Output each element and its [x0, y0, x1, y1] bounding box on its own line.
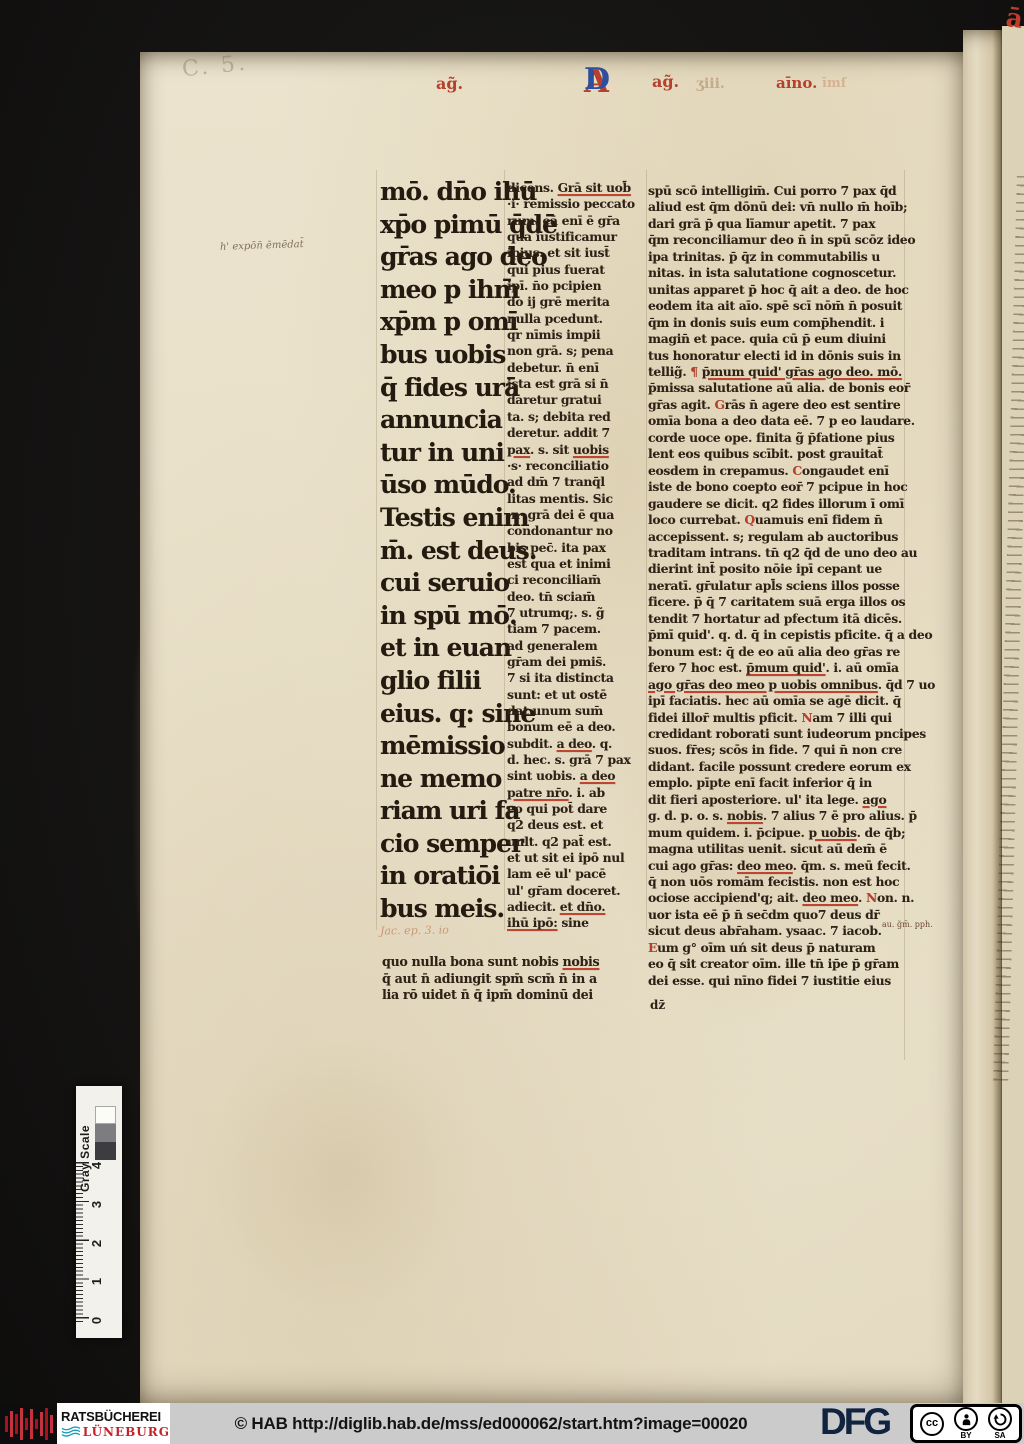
manuscript-line: ipī faciatis. hec aū omīa se agē dicit. … [648, 693, 906, 709]
manuscript-line: cio semper [380, 828, 508, 861]
text-segment: quo nulla bona sunt nobis [382, 954, 563, 969]
logo-bar [15, 1414, 18, 1434]
manuscript-line: ·n· grā dei ē qua [507, 507, 649, 523]
manuscript-line: et ut sit ei ipō nul [507, 850, 649, 866]
copyright-url: © HAB http://diglib.hab.de/mss/ed000062/… [170, 1403, 812, 1444]
facing-page-rubric-fragment: ā [1004, 3, 1024, 35]
running-header-ghost: ʒiii. [696, 76, 725, 92]
manuscript-line: patre nr̄o. i. ab [507, 785, 649, 801]
footer-bar: RATSBÜCHEREI LÜNEBURG © HAB http://digli… [0, 1403, 1024, 1444]
rubricated-phrase: ago gr̄as deo meo p uobis omnibus [648, 677, 878, 692]
manuscript-line: pax. s. sit uobis [507, 442, 649, 458]
manuscript-line: loco currebat. Quamuis enī fidem n̄ [648, 512, 906, 528]
text-segment: um g° oīm uń sit deus p̄ naturam [657, 940, 875, 955]
text-segment: tellig̃. [648, 364, 690, 379]
manuscript-line: daretur gratui [507, 392, 649, 408]
text-segment: . i. ab [569, 785, 605, 800]
manuscript-line: qua iustificamur [507, 229, 649, 245]
text-segment: mum quidem. i. p̄cipue. [648, 825, 808, 840]
manuscript-line: 7 si ita distincta [507, 670, 649, 686]
manuscript-line: ista est grā si n̄ [507, 376, 649, 392]
dfg-logo: DFG [820, 1401, 889, 1443]
manuscript-line: tiam 7 pacem. [507, 621, 649, 637]
manuscript-line: q̄m reconciliamur deo n̄ in spū scōz ide… [648, 232, 906, 248]
manuscript-line: bus uobis [380, 339, 508, 372]
manuscript-page: C. 5. ag̃. AD ag̃. ʒiii. aīno. īmſ h' ex… [140, 52, 963, 1403]
logo-bar [50, 1415, 53, 1433]
manuscript-line: qui pius fuerat [507, 262, 649, 278]
rubricated-phrase: uobis [573, 442, 609, 457]
manuscript-line: omīa bona a deo data eē. 7 p eo laudare. [648, 413, 906, 429]
cc-icon-item: cc [920, 1412, 944, 1436]
manuscript-line: tellig̃. ¶ p̄mum quid' gr̄as ago deo. mō… [648, 364, 906, 380]
text-segment: . s. sit [530, 442, 573, 457]
manuscript-line: lent eos quibus scībit. post grauitat̄ [648, 446, 906, 462]
manuscript-line: tur in uni [380, 437, 508, 470]
text-segment: cui ago gr̄as: [648, 858, 737, 873]
margin-annotation-top: h' expōn̄ ēmēdat̄ [220, 238, 330, 253]
manuscript-line: q̄ aut n̄ adiungit spm̄ scm̄ n̄ in a [382, 971, 622, 988]
rubricated-phrase: patre nr̄o [507, 785, 569, 800]
rubricated-phrase: ihū ipō: [507, 915, 557, 930]
manuscript-line: m̄. est deus. [380, 535, 508, 568]
rubricated-phrase: a deo [580, 768, 615, 783]
manuscript-line: eo q̄ sit creator oīm. ille tn̄ ip̄e p̄ … [648, 956, 906, 972]
manuscript-line: quo nulla bona sunt nobis nobis [382, 954, 622, 971]
manuscript-line: gaudere se dicit. q2 fides illorum ī omī [648, 496, 906, 512]
manuscript-line: mum quidem. i. p̄cipue. p uobis. de q̄b; [648, 825, 906, 841]
cc-sa-arrow-icon [988, 1407, 1012, 1431]
colored-initial: C [792, 463, 802, 478]
manuscript-line: subdit. a deo. q. [507, 736, 649, 752]
manuscript-line: sicut deus abr̄aham. ysaac. 7 iacob. [648, 923, 906, 939]
manuscript-line: litas mentis. Sic [507, 491, 649, 507]
ruler-numbers: 43210 [76, 1086, 122, 1338]
manuscript-line: glio filii [380, 665, 508, 698]
manuscript-line: q̄ non uōs romām fecistis. non est hoc [648, 874, 906, 890]
text-segment: . de q̄b; [857, 825, 906, 840]
manuscript-line: traditam intrans. tn̄ q2 q̄d de uno deo … [648, 545, 906, 561]
text-segment: . [858, 890, 866, 905]
manuscript-line: qr nīmis impii [507, 327, 649, 343]
text-segment: sint uobis. [507, 768, 580, 783]
manuscript-line: p̄mī quid'. q. d. q̄ in cepistis pficite… [648, 627, 906, 643]
manuscript-line: xp̄o pimū q̄dē [380, 209, 508, 242]
manuscript-line: magna utilitas uenit. sicut aū dem̄ ē [648, 841, 906, 857]
text-segment: rās n̄ agere deo est sentire [725, 397, 901, 412]
text-segment: uamuis enī fidem n̄ [755, 512, 883, 527]
running-header: ag̃. AD ag̃. ʒiii. aīno. īmſ [140, 66, 963, 112]
rubricated-phrase: nobis [727, 808, 763, 823]
text-segment: fero 7 hoc est. [648, 660, 746, 675]
text-segment: gr̄as agit. [648, 397, 714, 412]
manuscript-line: lam eē ul' pacē [507, 866, 649, 882]
text-segment: . q̄d 7 uo [878, 677, 935, 692]
manuscript-line: mēmissio [380, 730, 508, 763]
manuscript-line: dierint int̄ posito nōie ipī cepant ue [648, 561, 906, 577]
rubricated-phrase: nobis [563, 954, 600, 969]
manuscript-line: dat unum sum̄ [507, 703, 649, 719]
manuscript-line: corde uoce ope. finita g̃ p̄fatione pius [648, 430, 906, 446]
manuscript-line: magin̄ et pace. quia cū p̄ eum diuini [648, 331, 906, 347]
manuscript-line: deo. tn̄ sciam̄ [507, 589, 649, 605]
manuscript-line: sunt: et ut ostē [507, 687, 649, 703]
running-header-ghost: īmſ [822, 76, 846, 91]
manuscript-line: ipī. n̄o pcipien [507, 278, 649, 294]
manuscript-line: do ij grē merita [507, 294, 649, 310]
manuscript-line: nulla pcedunt. [507, 311, 649, 327]
manuscript-line: Eum g° oīm uń sit deus p̄ naturam [648, 940, 906, 956]
manuscript-line: iste de bono coepto eor̄ 7 pcipue in hoc [648, 479, 906, 495]
rubricated-phrase: p uobis [808, 825, 856, 840]
manuscript-line: q̄ fides urā [380, 372, 508, 405]
manuscript-line: emplo. pīpte enī facit inferior q̄ in [648, 775, 906, 791]
rubricated-phrase: a deo [557, 736, 592, 751]
rubricated-phrase: ago [863, 792, 887, 807]
manuscript-line: ·s· reconciliatio [507, 458, 649, 474]
manuscript-line: accepissent. s; regulam ab auctoribus [648, 529, 906, 545]
manuscript-line: cui seruio [380, 567, 508, 600]
text-segment: sine [557, 915, 588, 930]
ruling-line [376, 170, 377, 930]
rubricated-phrase: p̄mum quid' gr̄as ago deo. mō. [702, 364, 902, 379]
bottom-continuation-lines: quo nulla bona sunt nobis nobisq̄ aut n̄… [382, 954, 622, 1004]
manuscript-line: gr̄as agit. Grās n̄ agere deo est sentir… [648, 397, 906, 413]
manuscript-line: bonum est: q̄ de eo aū alia deo gr̄as re [648, 644, 906, 660]
manuscript-line: cui ago gr̄as: deo meo. q̄m. s. meū feci… [648, 858, 906, 874]
text-segment: am 7 illi qui [812, 710, 891, 725]
manuscript-line: ipa trinitas. p̄ q̄z in commutabilis u [648, 249, 906, 265]
manuscript-line: eodem ita ait aīo. spē scī nōm̄ n̄ posui… [648, 298, 906, 314]
manuscript-line: q2 deus est. et [507, 817, 649, 833]
manuscript-line: uor ista eē p̄ n̄ sec̄dm quo7 deus dr̄ [648, 907, 906, 923]
manuscript-line: ago gr̄as deo meo p uobis omnibus. q̄d 7… [648, 677, 906, 693]
rubricated-phrase: Grā sit uob̄ [558, 180, 631, 195]
running-header-mid: ag̃. [652, 72, 679, 91]
manuscript-line: nitas. in ista salutatione cognoscetur. [648, 265, 906, 281]
text-segment: g. d. p. o. s. [648, 808, 727, 823]
manuscript-line: est qua et inimi [507, 556, 649, 572]
colored-initial: Q [744, 512, 754, 527]
ruler-number: 4 [89, 1162, 104, 1169]
manuscript-line: spū scō intelligim̄. Cui porro 7 pax q̄d [648, 183, 906, 199]
manuscript-line: mō. dn̄o ihū [380, 176, 508, 209]
manuscript-line: in oratiōi [380, 860, 508, 893]
parchment-stain [200, 1032, 480, 1312]
library-logo: RATSBÜCHEREI LÜNEBURG [57, 1403, 170, 1444]
text-segment: . i. aū omīa [825, 660, 898, 675]
manuscript-line: eosdem in crepamus. Congaudet enī [648, 463, 906, 479]
manuscript-line: g. d. p. o. s. nobis. 7 alius 7 ē pro al… [648, 808, 906, 824]
manuscript-line: didant. facile possunt credere eorum ex [648, 759, 906, 775]
manuscript-line: et in euan [380, 632, 508, 665]
manuscript-line: dit fieri aposteriore. ul' ita lege. ago [648, 792, 906, 808]
text-segment: . q̄m. s. meū fecit. [793, 858, 911, 873]
manuscript-line: adiecit. et dn̄o. [507, 899, 649, 915]
manuscript-line: d. hec. s. grā 7 pax [507, 752, 649, 768]
rubricated-phrase: pax [507, 442, 530, 457]
monogram-blue-letter: D [584, 62, 608, 97]
manuscript-line: ficere. p̄ q̄ 7 caritatem suā erga illos… [648, 594, 906, 610]
library-name-line2: LÜNEBURG [61, 1425, 170, 1439]
logo-bar [25, 1418, 28, 1430]
manuscript-line: ci reconciliam̄ [507, 572, 649, 588]
cc-sa-label: SA [994, 1432, 1005, 1440]
logo-bar [35, 1419, 38, 1429]
text-segment: fidei illor̄ multis pficit. [648, 710, 801, 725]
ruler-number: 1 [89, 1278, 104, 1285]
manuscript-line: deretur. addit 7 [507, 425, 649, 441]
manuscript-line: non grā. s; pena [507, 343, 649, 359]
manuscript-line: q̄m in donis suis eum comp̄hendit. i [648, 315, 906, 331]
manuscript-line: gr̄as ago deo [380, 241, 508, 274]
manuscript-line: aliud est q̄m dōnū dei: vn̄ nullo m̄ hoī… [648, 199, 906, 215]
manuscript-line: unitas apparet p̄ hoc q̄ ait a deo. de h… [648, 282, 906, 298]
manuscript-line: dicens. Grā sit uob̄ [507, 180, 649, 196]
manuscript-line: fidei illor̄ multis pficit. Nam 7 illi q… [648, 710, 906, 726]
manuscript-line: ociose accipiend'q; ait. deo meo. Non. n… [648, 890, 906, 906]
cc-by-person-icon [954, 1407, 978, 1431]
manuscript-line: lia rō uidet n̄ q̄ ipm̄ dominū dei [382, 987, 622, 1004]
logo-bar [20, 1408, 23, 1440]
manuscript-line: bonum eē a deo. [507, 719, 649, 735]
text-segment: . 7 alius 7 ē pro alius. p̄ [763, 808, 917, 823]
catchword: dz̄ [650, 998, 665, 1012]
running-header-right: aīno. [776, 74, 817, 92]
text-segment: ongaudet enī [802, 463, 889, 478]
manuscript-line: bus meis. [380, 893, 508, 926]
manuscript-line: uult. q2 pat̄ est. [507, 834, 649, 850]
manuscript-line: condonantur no [507, 523, 649, 539]
colored-initial: N [866, 890, 877, 905]
colored-initial: E [648, 940, 657, 955]
cc-by-item: BY [954, 1407, 978, 1440]
text-segment: dicens. [507, 180, 558, 195]
cc-icon: cc [920, 1412, 944, 1436]
manuscript-line: ta. s; debita red [507, 409, 649, 425]
logo-bar [5, 1416, 8, 1432]
text-segment: eosdem in crepamus. [648, 463, 792, 478]
cc-license-badge: cc BY SA [910, 1404, 1022, 1443]
logo-bar [10, 1411, 13, 1437]
manuscript-line: fero 7 hoc est. p̄mum quid'. i. aū omīa [648, 660, 906, 676]
gloss-column-inner: dicens. Grā sit uob̄·i· remissio peccato… [507, 180, 649, 932]
manuscript-line: dari grā p̄ qua līamur apetit. 7 pax [648, 216, 906, 232]
manuscript-line: debetur. n̄ enī [507, 360, 649, 376]
rubricated-phrase: deo meo [802, 890, 858, 905]
manuscript-line: neratī. gr̄ulatur apl̄s sciens illos pos… [648, 578, 906, 594]
manuscript-line: eo qui pot̄ dare [507, 801, 649, 817]
manuscript-line: ad dm̄ 7 tranq̄l [507, 474, 649, 490]
cc-sa-item: SA [988, 1407, 1012, 1440]
book-fore-edge [963, 30, 1002, 1403]
manuscript-line: annuncia [380, 404, 508, 437]
text-segment: loco currebat. [648, 512, 744, 527]
manuscript-line: gr̄am dei pmis̄. [507, 654, 649, 670]
text-segment: . q. [592, 736, 612, 751]
manuscript-line: riam uri fa [380, 795, 508, 828]
running-header-left: ag̃. [436, 74, 463, 93]
manuscript-line: ul' gr̄am doceret. [507, 883, 649, 899]
digitized-manuscript-viewer: C. 5. ag̃. AD ag̃. ʒiii. aīno. īmſ h' ex… [0, 0, 1024, 1444]
text-segment: ociose accipiend'q; ait. [648, 890, 802, 905]
manuscript-line: Testis enim [380, 502, 508, 535]
manuscript-line: ad generalem [507, 638, 649, 654]
library-bars-logo [0, 1403, 57, 1444]
gloss-column-outer: spū scō intelligim̄. Cui porro 7 pax q̄d… [648, 183, 906, 989]
manuscript-line: suos. fr̄es; scōs in fide. 7 qui n̄ non … [648, 742, 906, 758]
manuscript-line: bis pec̄. ita pax [507, 540, 649, 556]
cc-by-label: BY [960, 1432, 971, 1440]
manuscript-line: ·i· remissio peccato [507, 196, 649, 212]
colored-initial: G [714, 397, 724, 412]
ruler-number: 3 [89, 1201, 104, 1208]
manuscript-line: tus honoratur electi id in dōnis suis in [648, 348, 906, 364]
manuscript-line: dei esse. qui nīno fidei 7 iustitie eius [648, 973, 906, 989]
manuscript-line: xp̄m p omī [380, 306, 508, 339]
rubricated-phrase: et dn̄o. [560, 899, 606, 914]
library-name-line1: RATSBÜCHEREI [61, 1409, 170, 1424]
manuscript-line: ne memo [380, 763, 508, 796]
rubricated-phrase: deo meo [737, 858, 793, 873]
manuscript-line: credidant roborati sunt iudeorum pncipes [648, 726, 906, 742]
manuscript-line: p̄missa salutatione aū alia. de bonis eo… [648, 380, 906, 396]
manuscript-line: meo p ihm̄ [380, 274, 508, 307]
colored-initial: N [801, 710, 812, 725]
manuscript-line: eius. q: sine [380, 698, 508, 731]
colored-initial: ¶ [690, 364, 702, 379]
ruler-number: 2 [89, 1240, 104, 1247]
ruler-number: 0 [89, 1317, 104, 1324]
text-segment: adiecit. [507, 899, 560, 914]
text-segment: on. n. [877, 890, 914, 905]
text-segment: subdit. [507, 736, 557, 751]
manuscript-line: ihū ipō: sine [507, 915, 649, 931]
manuscript-line: ūso mūdo. [380, 469, 508, 502]
facing-page-edge: ā [1002, 26, 1024, 1403]
logo-bar [30, 1409, 33, 1439]
book-waves-icon [61, 1425, 81, 1439]
manuscript-line: in spū mō. [380, 600, 508, 633]
rubricated-phrase: p̄mum quid' [746, 660, 825, 675]
lemma-column: mō. dn̄o ihūxp̄o pimū q̄dēgr̄as ago deom… [380, 176, 508, 926]
manuscript-line: 7 utrumq;. s. g̃ [507, 605, 649, 621]
logo-bar [40, 1412, 43, 1436]
manuscript-line: rum. eā enī ē gr̄a [507, 213, 649, 229]
grayscale-ruler: Gray Scale 43210 [76, 1086, 122, 1338]
logo-bar [45, 1408, 48, 1440]
library-city-label: LÜNEBURG [83, 1425, 170, 1439]
manuscript-line: tendit 7 hortatur ad pfectum itā dicēs. [648, 611, 906, 627]
text-segment: dit fieri aposteriore. ul' ita lege. [648, 792, 863, 807]
manuscript-line: ipius. et sit iust̄ [507, 245, 649, 261]
manuscript-line: sint uobis. a deo [507, 768, 649, 784]
